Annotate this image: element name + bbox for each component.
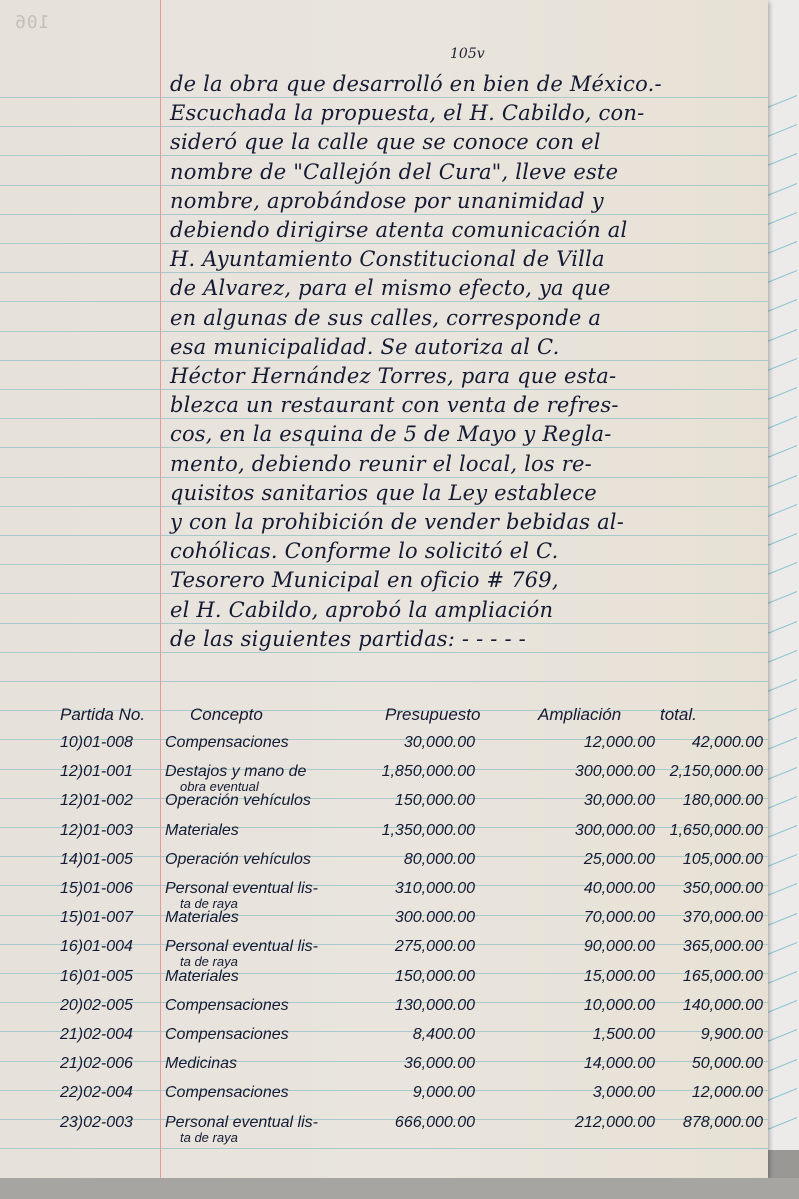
cell-presupuesto: 310,000.00 [357,880,475,898]
desk-surface [0,1178,799,1199]
text-line: en algunas de sus calles, corresponde a [170,306,601,330]
cell-presupuesto: 130,000.00 [357,997,475,1015]
cell-concepto: Compensaciones [165,734,289,752]
header-total: total. [660,705,697,725]
cell-presupuesto: 300.000.00 [357,909,475,927]
cell-presupuesto: 666,000.00 [357,1114,475,1132]
ruled-line [0,155,768,156]
text-line: de la obra que desarrolló en bien de Méx… [170,72,662,96]
ruled-line [0,506,768,507]
text-line: sideró que la calle que se conoce con el [170,130,601,154]
cell-total: 9,900.00 [655,1026,763,1044]
cell-presupuesto: 8,400.00 [357,1026,475,1044]
stamped-page-number: 106 [14,12,50,33]
cell-ampliacion: 30,000.00 [515,792,655,810]
cell-presupuesto: 1,850,000.00 [357,763,475,781]
cell-partida: 20)02-005 [60,997,133,1015]
ruled-line [0,477,768,478]
text-line: Tesorero Municipal en oficio # 769, [170,568,559,592]
ruled-line [0,652,768,653]
ruled-line [0,1148,768,1149]
cell-concepto: Materiales [165,909,239,927]
ruled-line [0,185,768,186]
text-line: nombre, aprobándose por unanimidad y [170,189,604,213]
header-ampliacion: Ampliación [538,705,621,725]
ruled-line [0,681,768,682]
ledger-page: 106 105v de la obra que desarrolló en bi… [0,0,768,1178]
cell-total: 105,000.00 [655,851,763,869]
ruled-line [0,214,768,215]
text-line: esa municipalidad. Se autoriza al C. [170,335,559,359]
cell-total: 50,000.00 [655,1055,763,1073]
cell-ampliacion: 3,000.00 [515,1084,655,1102]
cell-ampliacion: 10,000.00 [515,997,655,1015]
ruled-line [0,418,768,419]
ruled-line [0,243,768,244]
cell-partida: 12)01-002 [60,792,133,810]
cell-ampliacion: 300,000.00 [515,763,655,781]
cell-presupuesto: 80,000.00 [357,851,475,869]
cell-presupuesto: 275,000.00 [357,938,475,956]
cell-concepto: Compensaciones [165,1084,289,1102]
text-line: Héctor Hernández Torres, para que esta- [170,364,616,388]
cell-total: 2,150,000.00 [655,763,763,781]
cell-ampliacion: 212,000.00 [515,1114,655,1132]
text-line: nombre de "Callejón del Cura", lleve est… [170,160,618,184]
cell-presupuesto: 36,000.00 [357,1055,475,1073]
cell-total: 370,000.00 [655,909,763,927]
cell-partida: 16)01-005 [60,968,133,986]
ruled-line [0,535,768,536]
ruled-line [0,301,768,302]
cell-ampliacion: 15,000.00 [515,968,655,986]
cell-presupuesto: 9,000.00 [357,1084,475,1102]
cell-partida: 15)01-006 [60,880,133,898]
cell-partida: 16)01-004 [60,938,133,956]
ruled-line [0,623,768,624]
ruled-line [0,272,768,273]
cell-partida: 23)02-003 [60,1114,133,1132]
cell-ampliacion: 12,000.00 [515,734,655,752]
cell-ampliacion: 1,500.00 [515,1026,655,1044]
text-line: de las siguientes partidas: - - - - - [170,627,526,651]
text-line: blezca un restaurant con venta de refres… [170,393,619,417]
cell-total: 42,000.00 [655,734,763,752]
ruled-line [0,126,768,127]
folio-number: 105v [450,46,485,62]
ruled-line [0,593,768,594]
text-line: el H. Cabildo, aprobó la ampliación [170,598,553,622]
cell-partida: 22)02-004 [60,1084,133,1102]
text-line: de Alvarez, para el mismo efecto, ya que [170,276,611,300]
cell-presupuesto: 150,000.00 [357,968,475,986]
header-partida: Partida No. [60,705,145,725]
cell-ampliacion: 14,000.00 [515,1055,655,1073]
cell-ampliacion: 25,000.00 [515,851,655,869]
header-concepto: Concepto [190,705,263,725]
cell-ampliacion: 40,000.00 [515,880,655,898]
cell-total: 12,000.00 [655,1084,763,1102]
text-line: quisitos sanitarios que la Ley establece [170,481,597,505]
text-line: y con la prohibición de vender bebidas a… [170,510,624,534]
cell-concepto: Compensaciones [165,997,289,1015]
cell-presupuesto: 1,350,000.00 [357,822,475,840]
cell-concepto: Medicinas [165,1055,237,1073]
ruled-line [0,389,768,390]
cell-partida: 14)01-005 [60,851,133,869]
text-line: H. Ayuntamiento Constitucional de Villa [170,247,605,271]
cell-total: 140,000.00 [655,997,763,1015]
cell-partida: 10)01-008 [60,734,133,752]
text-line: cos, en la esquina de 5 de Mayo y Regla- [170,422,612,446]
cell-total: 365,000.00 [655,938,763,956]
ruled-line [0,360,768,361]
cell-concepto: Compensaciones [165,1026,289,1044]
cell-ampliacion: 90,000.00 [515,938,655,956]
cell-total: 878,000.00 [655,1114,763,1132]
cell-presupuesto: 30,000.00 [357,734,475,752]
cell-partida: 21)02-004 [60,1026,133,1044]
cell-concepto: Operación vehículos [165,851,311,869]
cell-concepto: Materiales [165,968,239,986]
cell-concepto: Materiales [165,822,239,840]
text-line: mento, debiendo reunir el local, los re- [170,452,592,476]
header-presupuesto: Presupuesto [385,705,480,725]
cell-total: 350,000.00 [655,880,763,898]
cell-partida: 21)02-006 [60,1055,133,1073]
cell-partida: 15)01-007 [60,909,133,927]
cell-total: 180,000.00 [655,792,763,810]
cell-ampliacion: 70,000.00 [515,909,655,927]
margin-line [160,0,161,1178]
cell-concepto: Operación vehículos [165,792,311,810]
cell-total: 1,650,000.00 [655,822,763,840]
text-line: Escuchada la propuesta, el H. Cabildo, c… [170,101,644,125]
text-line: cohólicas. Conforme lo solicitó el C. [170,539,558,563]
cell-partida: 12)01-001 [60,763,133,781]
cell-concepto-continuation: ta de raya [180,1130,238,1145]
cell-partida: 12)01-003 [60,822,133,840]
ruled-line [0,97,768,98]
ruled-line [0,331,768,332]
ruled-line [0,564,768,565]
cell-total: 165,000.00 [655,968,763,986]
cell-ampliacion: 300,000.00 [515,822,655,840]
text-line: debiendo dirigirse atenta comunicación a… [170,218,627,242]
cell-presupuesto: 150,000.00 [357,792,475,810]
ruled-line [0,447,768,448]
